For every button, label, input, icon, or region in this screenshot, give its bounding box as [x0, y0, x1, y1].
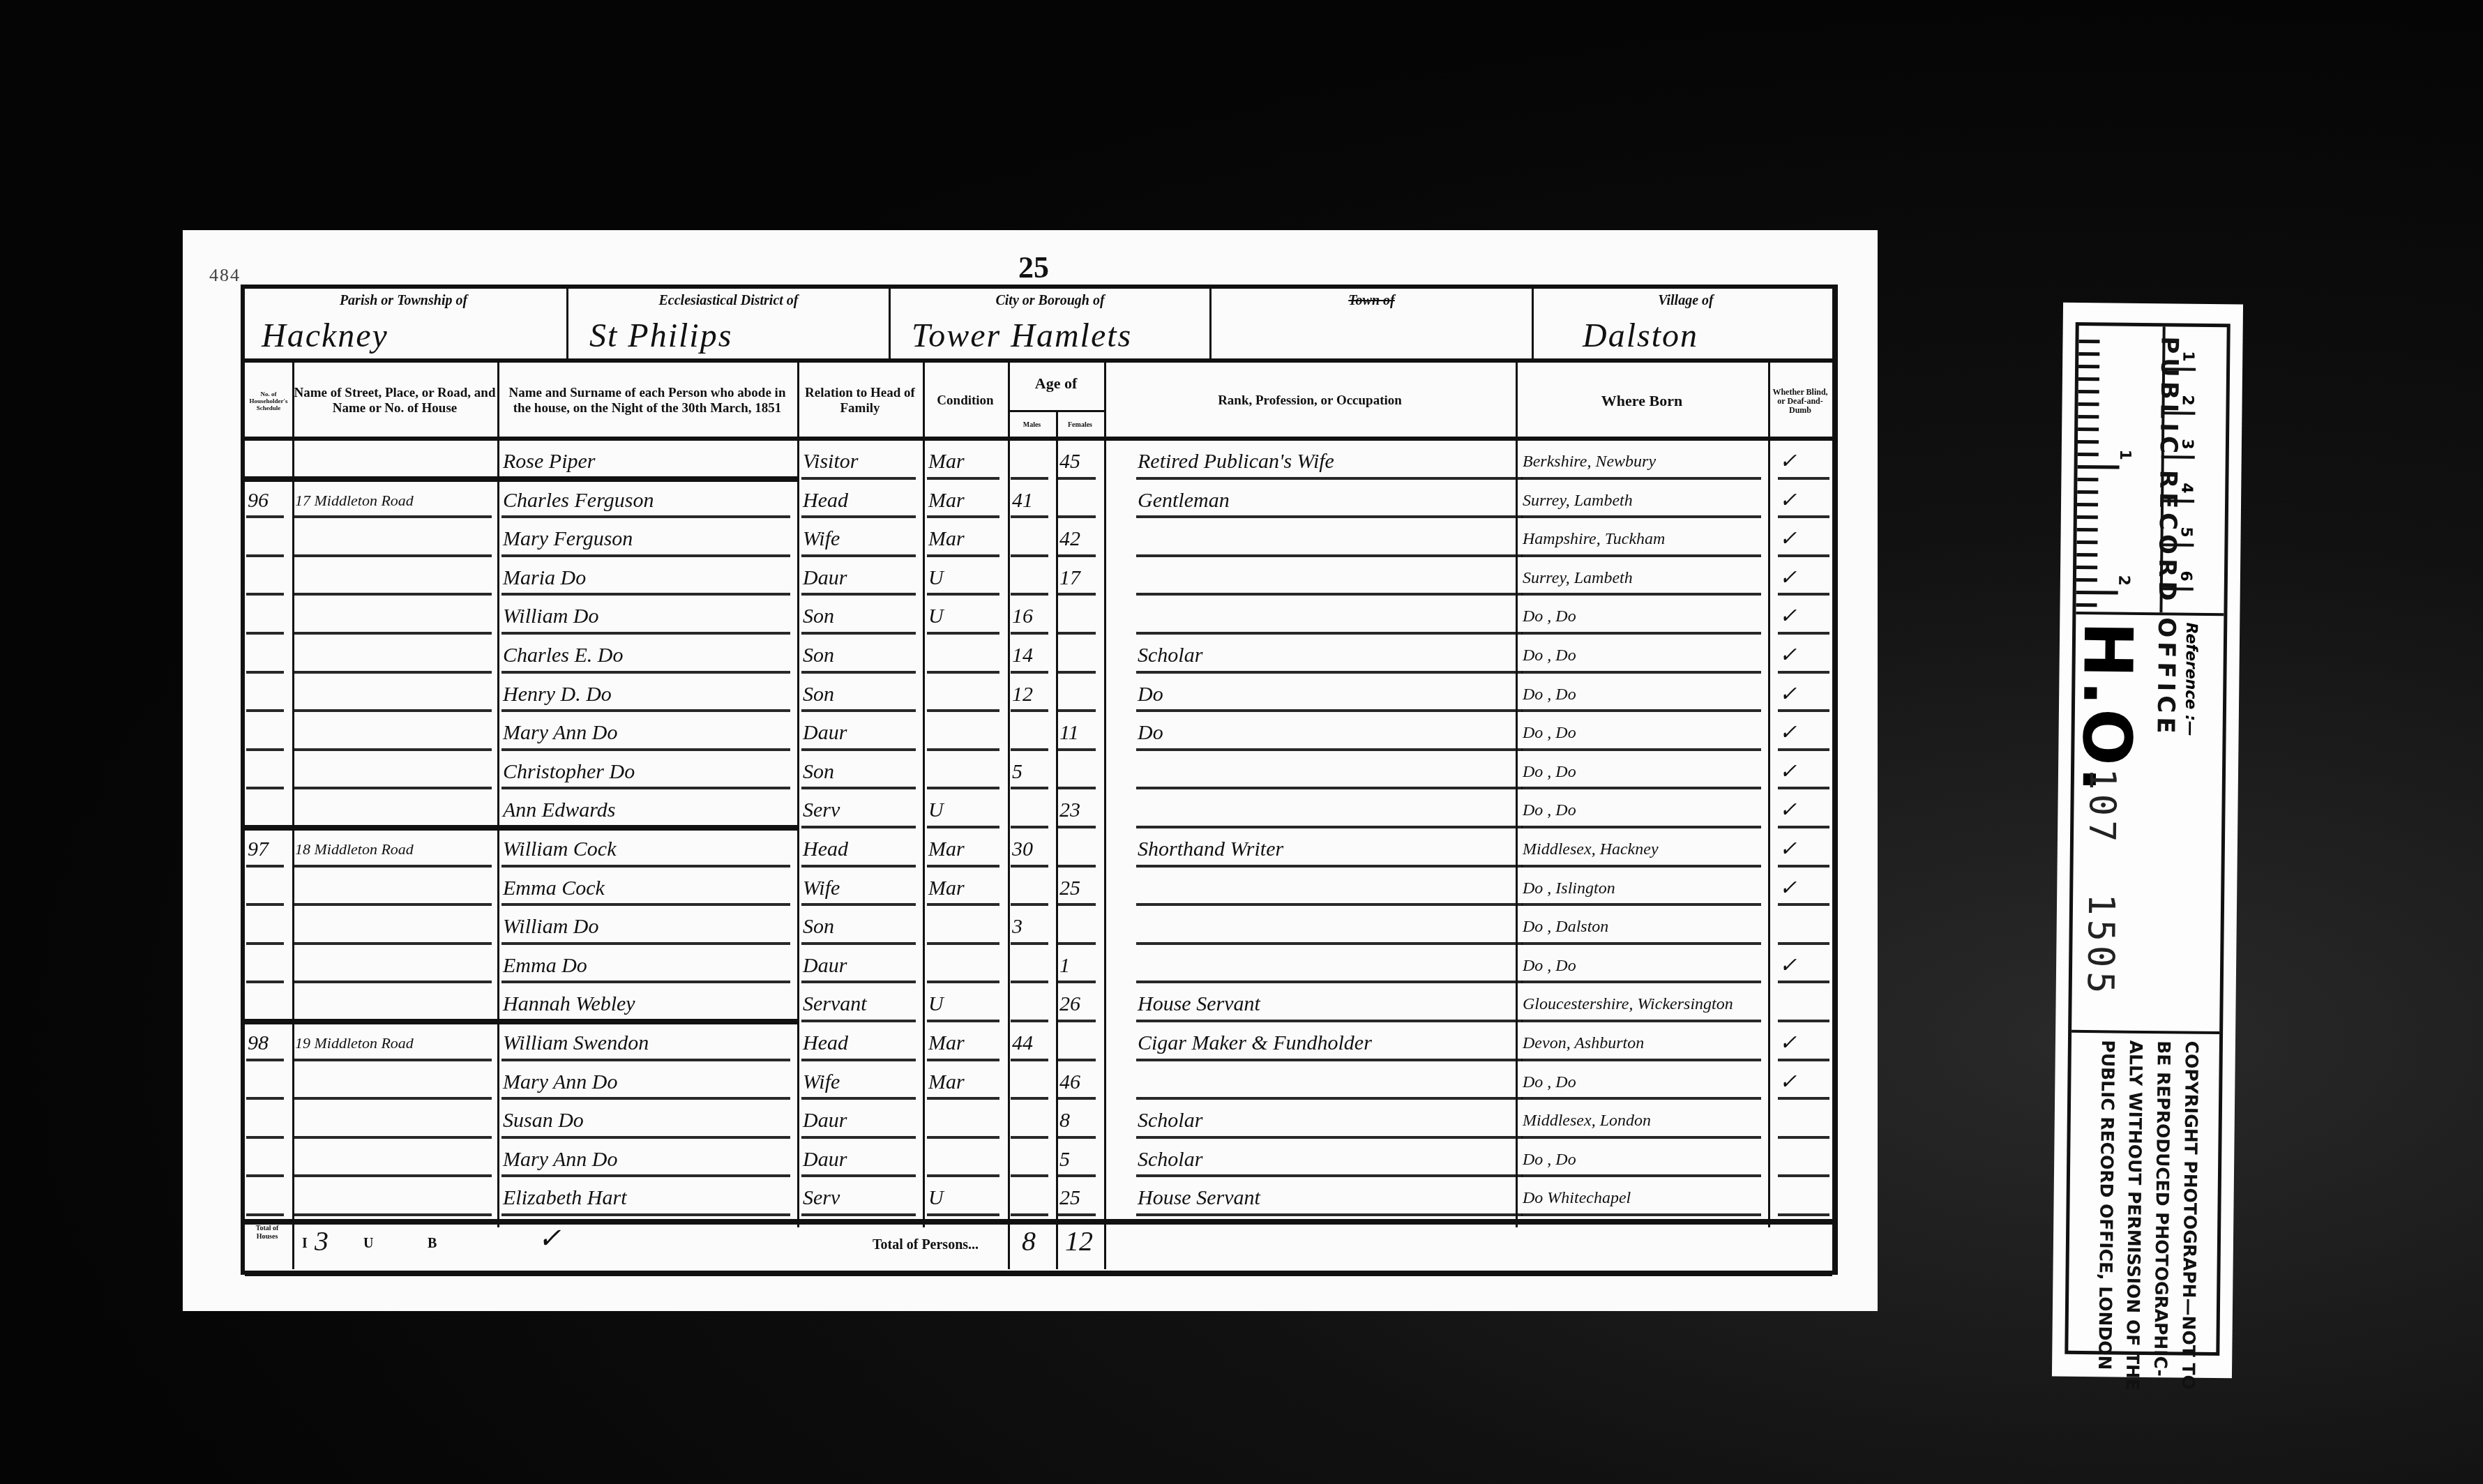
- place-header: Parish or Township of Hackney Ecclesiast…: [241, 289, 1838, 360]
- cell-female: 5: [1059, 1142, 1101, 1178]
- row-rule: [1058, 1213, 1096, 1216]
- cell-mark: ✓: [1779, 521, 1835, 557]
- cell-condition: [928, 1103, 1005, 1139]
- cell-condition: U: [928, 598, 1005, 635]
- total-houses-label: Total of Houses: [246, 1225, 288, 1241]
- cell-female: 42: [1059, 521, 1101, 557]
- cell-male: [1012, 560, 1054, 596]
- total-males: 8: [1022, 1225, 1036, 1257]
- parish-label: Parish or Township of: [241, 293, 566, 309]
- cell-occupation: Scholar: [1138, 637, 1528, 674]
- cell-occupation: Cigar Maker & Fundholder: [1138, 1025, 1528, 1061]
- cell-schedule: [248, 676, 289, 713]
- ruler-tick: [2078, 440, 2099, 444]
- ecclesiastical-label: Ecclesiastical District of: [568, 293, 889, 309]
- cell-occupation: [1138, 560, 1528, 596]
- cell-male: 44: [1012, 1025, 1054, 1061]
- cell-street: [295, 1064, 497, 1100]
- cell-street: [295, 986, 497, 1022]
- cell-female: [1059, 754, 1101, 790]
- cell-name: Charles Ferguson: [503, 483, 796, 519]
- village-label: Village of: [1534, 293, 1838, 309]
- stray-mark: 484: [209, 265, 241, 286]
- cell-relation: Wife: [803, 870, 921, 907]
- ecclesiastical-value: St Philips: [589, 317, 732, 355]
- uninhabited-prefix: U: [363, 1236, 373, 1252]
- cell-name: William Do: [503, 598, 796, 635]
- cell-male: [1012, 792, 1054, 828]
- cell-born: Do , Do: [1523, 1064, 1767, 1100]
- cell-occupation: Scholar: [1138, 1103, 1528, 1139]
- col-street: Name of Street, Place, or Road, and Name…: [292, 363, 497, 439]
- cell-name: William Swendon: [503, 1025, 796, 1061]
- cell-schedule: [248, 560, 289, 596]
- table-row: William DoSonU16Do , Do✓: [245, 596, 1832, 635]
- cell-schedule: 97: [248, 831, 289, 868]
- cell-schedule: [248, 521, 289, 557]
- table-row: William DoSon3Do , Dalston: [245, 906, 1832, 945]
- cell-born: Do , Do: [1523, 715, 1767, 751]
- cell-name: William Do: [503, 909, 796, 945]
- cell-male: [1012, 1180, 1054, 1216]
- cell-mark: ✓: [1779, 831, 1835, 868]
- cell-born: Surrey, Lambeth: [1523, 560, 1767, 596]
- cell-schedule: [248, 754, 289, 790]
- table-row: Rose PiperVisitorMar45Retired Publican's…: [245, 441, 1832, 480]
- cell-relation: Head: [803, 483, 921, 519]
- cell-occupation: Shorthand Writer: [1138, 831, 1528, 868]
- cell-mark: ✓: [1779, 560, 1835, 596]
- cell-born: Do Whitechapel: [1523, 1180, 1767, 1216]
- ruler-inch-label: 2: [2115, 575, 2132, 586]
- ecclesiastical-cell: Ecclesiastical District of St Philips: [568, 289, 891, 358]
- cell-born: Do , Dalston: [1523, 909, 1767, 945]
- cell-schedule: 96: [248, 483, 289, 519]
- cell-relation: Daur: [803, 1103, 921, 1139]
- borough-label: City or Borough of: [891, 293, 1209, 309]
- row-rule: [1521, 1213, 1761, 1216]
- col-age-males: Males: [1008, 411, 1056, 439]
- cell-mark: ✓: [1779, 792, 1835, 828]
- cell-female: [1059, 598, 1101, 635]
- cell-occupation: Do: [1138, 715, 1528, 751]
- row-rule: [1136, 1213, 1523, 1216]
- table-row: Mary Ann DoWifeMar46Do , Do✓: [245, 1061, 1832, 1100]
- cell-name: Susan Do: [503, 1103, 796, 1139]
- cell-name: Rose Piper: [503, 444, 796, 480]
- table-row: Charles E. DoSon14ScholarDo , Do✓: [245, 635, 1832, 674]
- village-value: Dalston: [1583, 317, 1698, 355]
- ruler-tick: [2077, 515, 2098, 519]
- town-label: Town of: [1212, 293, 1532, 309]
- cell-condition: [928, 676, 1005, 713]
- cell-name: Hannah Webley: [503, 986, 796, 1022]
- cell-female: 26: [1059, 986, 1101, 1022]
- ruler-tick: [2078, 340, 2099, 343]
- cell-relation: Serv: [803, 792, 921, 828]
- cell-name: Emma Do: [503, 948, 796, 984]
- copyright-line: BE REPRODUCED PHOTOGRAPHIC-: [2146, 1040, 2178, 1391]
- table-row: Emma DoDaur1Do , Do✓: [245, 945, 1832, 984]
- cell-name: Mary Ann Do: [503, 1064, 796, 1100]
- cell-name: Charles E. Do: [503, 637, 796, 674]
- cell-condition: Mar: [928, 1025, 1005, 1061]
- cell-street: [295, 715, 497, 751]
- cell-relation: Daur: [803, 1142, 921, 1178]
- cell-condition: U: [928, 792, 1005, 828]
- cell-relation: Daur: [803, 948, 921, 984]
- ruler-inch-label: 1: [2116, 449, 2134, 460]
- cell-street: [295, 754, 497, 790]
- cell-condition: [928, 948, 1005, 984]
- household-divider: [245, 825, 797, 831]
- cell-mark: ✓: [1779, 444, 1835, 480]
- ruler-tick: [2078, 453, 2099, 456]
- cell-occupation: [1138, 870, 1528, 907]
- household-divider: [245, 476, 797, 482]
- bottom-rule: [245, 1271, 1832, 1276]
- cell-schedule: [248, 986, 289, 1022]
- cell-schedule: [248, 444, 289, 480]
- cell-male: 16: [1012, 598, 1054, 635]
- cell-schedule: [248, 948, 289, 984]
- ruler-tick: [2076, 540, 2097, 544]
- cell-born: Do , Do: [1523, 598, 1767, 635]
- col-blind-deaf: Whether Blind, or Deaf-and-Dumb: [1768, 363, 1832, 439]
- cell-condition: [928, 715, 1005, 751]
- cell-occupation: Do: [1138, 676, 1528, 713]
- cell-relation: Son: [803, 754, 921, 790]
- copyright-line: ALLY WITHOUT PERMISSION OF THE: [2118, 1040, 2150, 1391]
- cell-born: Gloucestershire, Wickersington: [1523, 986, 1767, 1022]
- table-row: Elizabeth HartServU25House ServantDo Whi…: [245, 1177, 1832, 1216]
- cell-name: Emma Cock: [503, 870, 796, 907]
- table-row: Maria DoDaurU17Surrey, Lambeth✓: [245, 557, 1832, 596]
- table-row: Mary FergusonWifeMar42Hampshire, Tuckham…: [245, 518, 1832, 557]
- strip-frame: 12 123456 PUBLIC RECORD OFFICE Reference…: [2065, 322, 2230, 1356]
- ruler-tick: [2077, 528, 2098, 531]
- table-row: 9617 Middleton RoadCharles FergusonHeadM…: [245, 480, 1832, 519]
- cell-occupation: [1138, 909, 1528, 945]
- cell-male: 41: [1012, 483, 1054, 519]
- cell-street: [295, 676, 497, 713]
- cell-male: 14: [1012, 637, 1054, 674]
- cell-mark: ✓: [1779, 483, 1835, 519]
- cell-born: Do , Do: [1523, 637, 1767, 674]
- cell-born: Middlesex, Hackney: [1523, 831, 1767, 868]
- cell-male: [1012, 715, 1054, 751]
- cell-street: 17 Middleton Road: [295, 483, 497, 519]
- cell-female: [1059, 483, 1101, 519]
- reference-box: Reference :— H.O. 107 1505: [2071, 612, 2224, 1031]
- cell-mark: [1779, 1103, 1835, 1139]
- col-where-born: Where Born: [1516, 363, 1768, 439]
- cell-born: Do , Do: [1523, 792, 1767, 828]
- cell-condition: U: [928, 560, 1005, 596]
- cell-occupation: House Servant: [1138, 986, 1528, 1022]
- cell-condition: [928, 754, 1005, 790]
- cell-condition: Mar: [928, 444, 1005, 480]
- cell-schedule: [248, 715, 289, 751]
- cell-condition: U: [928, 1180, 1005, 1216]
- row-rule: [927, 1213, 999, 1216]
- cell-street: [295, 598, 497, 635]
- cell-name: Ann Edwards: [503, 792, 796, 828]
- cell-mark: ✓: [1779, 948, 1835, 984]
- cell-male: [1012, 1142, 1054, 1178]
- total-persons-label: Total of Persons...: [873, 1237, 979, 1253]
- cell-mark: ✓: [1779, 715, 1835, 751]
- table-row: 9819 Middleton RoadWilliam SwendonHeadMa…: [245, 1022, 1832, 1061]
- cell-street: 19 Middleton Road: [295, 1025, 497, 1061]
- cell-female: 25: [1059, 870, 1101, 907]
- cell-male: [1012, 870, 1054, 907]
- ruler-tick: [2078, 465, 2120, 469]
- ruler-tick: [2076, 603, 2097, 607]
- cell-schedule: [248, 1142, 289, 1178]
- cell-schedule: [248, 1103, 289, 1139]
- cell-occupation: [1138, 948, 1528, 984]
- cell-female: [1059, 909, 1101, 945]
- cell-street: 18 Middleton Road: [295, 831, 497, 868]
- col-condition: Condition: [923, 363, 1008, 439]
- cell-occupation: [1138, 792, 1528, 828]
- total-females: 12: [1065, 1225, 1093, 1257]
- row-rule: [294, 1213, 492, 1216]
- borough-value: Tower Hamlets: [912, 317, 1132, 355]
- cell-relation: Son: [803, 637, 921, 674]
- cell-relation: Daur: [803, 560, 921, 596]
- cell-female: 8: [1059, 1103, 1101, 1139]
- row-rule: [1778, 1213, 1829, 1216]
- cell-street: [295, 792, 497, 828]
- col-schedule: No. of Householder's Schedule: [245, 363, 292, 439]
- cell-condition: U: [928, 986, 1005, 1022]
- cell-name: Elizabeth Hart: [503, 1180, 796, 1216]
- cell-male: [1012, 986, 1054, 1022]
- cell-name: Mary Ann Do: [503, 1142, 796, 1178]
- cell-female: 25: [1059, 1180, 1101, 1216]
- cell-street: [295, 521, 497, 557]
- ruler-tick: [2078, 427, 2099, 431]
- cell-female: 1: [1059, 948, 1101, 984]
- cell-relation: Head: [803, 1025, 921, 1061]
- strip-title: PUBLIC RECORD OFFICE: [2138, 336, 2183, 616]
- cell-street: [295, 948, 497, 984]
- cell-mark: [1779, 986, 1835, 1022]
- cell-female: 23: [1059, 792, 1101, 828]
- cell-male: 30: [1012, 831, 1054, 868]
- cell-name: Maria Do: [503, 560, 796, 596]
- cell-condition: Mar: [928, 521, 1005, 557]
- table-row: Mary Ann DoDaur11DoDo , Do✓: [245, 712, 1832, 751]
- cell-born: Hampshire, Tuckham: [1523, 521, 1767, 557]
- cell-mark: ✓: [1779, 1064, 1835, 1100]
- cell-occupation: Scholar: [1138, 1142, 1528, 1178]
- copyright-line: PUBLIC RECORD OFFICE, LONDON: [2090, 1040, 2122, 1391]
- cell-schedule: [248, 792, 289, 828]
- ruler-tick: [2076, 591, 2118, 595]
- cell-relation: Wife: [803, 521, 921, 557]
- inhabited-prefix: I: [302, 1236, 308, 1252]
- cell-female: [1059, 1025, 1101, 1061]
- col-name: Name and Surname of each Person who abod…: [497, 363, 797, 439]
- cell-mark: [1779, 1142, 1835, 1178]
- cell-mark: ✓: [1779, 1025, 1835, 1061]
- row-rule: [1011, 1213, 1048, 1216]
- table-row: Susan DoDaur8ScholarMiddlesex, London: [245, 1100, 1832, 1139]
- cell-schedule: [248, 1180, 289, 1216]
- table-row: Henry D. DoSon12DoDo , Do✓: [245, 674, 1832, 713]
- cell-relation: Son: [803, 909, 921, 945]
- reference-label: Reference :—: [2182, 623, 2201, 736]
- row-rule: [801, 1213, 916, 1216]
- cell-relation: Head: [803, 831, 921, 868]
- cell-condition: Mar: [928, 870, 1005, 907]
- col-occupation: Rank, Profession, or Occupation: [1104, 363, 1516, 439]
- cell-mark: ✓: [1779, 637, 1835, 674]
- ruler-tick: [2076, 578, 2097, 582]
- table-row: 9718 Middleton RoadWilliam CockHeadMar30…: [245, 828, 1832, 868]
- village-cell: Village of Dalston: [1534, 289, 1838, 358]
- cell-condition: Mar: [928, 831, 1005, 868]
- town-cell: Town of: [1212, 289, 1534, 358]
- cell-street: [295, 1142, 497, 1178]
- table-row: Emma CockWifeMar25Do , Islington✓: [245, 868, 1832, 907]
- cell-mark: [1779, 909, 1835, 945]
- row-rule: [246, 1213, 284, 1216]
- cell-male: 5: [1012, 754, 1054, 790]
- cell-relation: Wife: [803, 1064, 921, 1100]
- cell-male: [1012, 521, 1054, 557]
- ruler-tick: [2078, 377, 2099, 381]
- cell-occupation: [1138, 598, 1528, 635]
- ruler-tick: [2076, 553, 2097, 556]
- cell-born: Devon, Ashburton: [1523, 1025, 1767, 1061]
- cell-mark: ✓: [1779, 870, 1835, 907]
- cell-schedule: [248, 870, 289, 907]
- cell-name: Mary Ann Do: [503, 715, 796, 751]
- cell-name: William Cock: [503, 831, 796, 868]
- parish-cell: Parish or Township of Hackney: [241, 289, 568, 358]
- cell-occupation: [1138, 754, 1528, 790]
- cell-born: Do , Do: [1523, 676, 1767, 713]
- cell-female: 17: [1059, 560, 1101, 596]
- ruler-tick: [2078, 402, 2099, 406]
- ruler-tick: [2078, 415, 2099, 418]
- cell-female: 11: [1059, 715, 1101, 751]
- col-age: Age of: [1008, 363, 1104, 404]
- cell-mark: ✓: [1779, 598, 1835, 635]
- cell-born: Do , Do: [1523, 1142, 1767, 1178]
- table-row: Ann EdwardsServU23Do , Do✓: [245, 789, 1832, 828]
- parish-value: Hackney: [262, 317, 388, 355]
- cell-condition: [928, 1142, 1005, 1178]
- cell-street: [295, 909, 497, 945]
- cell-female: 45: [1059, 444, 1101, 480]
- cell-relation: Son: [803, 676, 921, 713]
- cell-occupation: [1138, 1064, 1528, 1100]
- cell-occupation: House Servant: [1138, 1180, 1528, 1216]
- cell-born: Do , Do: [1523, 948, 1767, 984]
- cell-mark: ✓: [1779, 676, 1835, 713]
- cell-street: [295, 637, 497, 674]
- cell-relation: Visitor: [803, 444, 921, 480]
- page-number: 25: [1018, 250, 1049, 285]
- cell-born: Berkshire, Newbury: [1523, 444, 1767, 480]
- table-row: Christopher DoSon5Do , Do✓: [245, 751, 1832, 790]
- ruler-tick: [2078, 390, 2099, 393]
- ruler-tick: [2077, 490, 2098, 494]
- cell-occupation: Gentleman: [1138, 483, 1528, 519]
- table-row: Mary Ann DoDaur5ScholarDo , Do: [245, 1139, 1832, 1178]
- cell-schedule: 98: [248, 1025, 289, 1061]
- ruler-tick: [2076, 566, 2097, 569]
- cell-male: [1012, 1064, 1054, 1100]
- cell-street: [295, 560, 497, 596]
- cell-female: [1059, 637, 1101, 674]
- copyright-text: COPYRIGHT PHOTOGRAPH—NOT TOBE REPRODUCED…: [2090, 1040, 2205, 1391]
- cell-born: Do , Do: [1523, 754, 1767, 790]
- ruler-tick: [2078, 365, 2099, 368]
- totals-row: Total of Houses I 3 U B ✓ Total of Perso…: [245, 1222, 1832, 1271]
- cell-name: Henry D. Do: [503, 676, 796, 713]
- cell-male: 3: [1012, 909, 1054, 945]
- inhabited-count: 3: [315, 1225, 329, 1257]
- cell-mark: [1779, 1180, 1835, 1216]
- cell-relation: Daur: [803, 715, 921, 751]
- cell-condition: [928, 637, 1005, 674]
- cell-born: Surrey, Lambeth: [1523, 483, 1767, 519]
- cell-male: [1012, 948, 1054, 984]
- reference-piece: 107: [2081, 768, 2123, 847]
- cell-schedule: [248, 909, 289, 945]
- ruler-tick: [2077, 478, 2098, 481]
- cell-condition: Mar: [928, 1064, 1005, 1100]
- cell-male: 12: [1012, 676, 1054, 713]
- cell-mark: ✓: [1779, 754, 1835, 790]
- cell-schedule: [248, 1064, 289, 1100]
- row-rule: [501, 1213, 790, 1216]
- tally-check-icon: ✓: [538, 1222, 561, 1255]
- cell-female: [1059, 831, 1101, 868]
- col-age-females: Females: [1056, 411, 1104, 439]
- ruler-tick: [2078, 352, 2099, 356]
- cell-street: [295, 444, 497, 480]
- cell-name: Mary Ferguson: [503, 521, 796, 557]
- cell-name: Christopher Do: [503, 754, 796, 790]
- col-relation: Relation to Head of Family: [797, 363, 923, 439]
- cell-street: [295, 1180, 497, 1216]
- cell-relation: Son: [803, 598, 921, 635]
- building-prefix: B: [428, 1236, 437, 1252]
- cell-relation: Serv: [803, 1180, 921, 1216]
- household-divider: [245, 1019, 797, 1024]
- cell-born: Do , Islington: [1523, 870, 1767, 907]
- cell-born: Middlesex, London: [1523, 1103, 1767, 1139]
- ruler-tick: [2077, 503, 2098, 506]
- table-row: Hannah WebleyServantU26House ServantGlou…: [245, 983, 1832, 1022]
- record-office-strip: 12 123456 PUBLIC RECORD OFFICE Reference…: [2052, 303, 2243, 1379]
- cell-occupation: [1138, 521, 1528, 557]
- cell-male: [1012, 1103, 1054, 1139]
- cell-male: [1012, 444, 1054, 480]
- cell-female: 46: [1059, 1064, 1101, 1100]
- copyright-line: COPYRIGHT PHOTOGRAPH—NOT TO: [2174, 1040, 2205, 1391]
- cell-condition: [928, 909, 1005, 945]
- cell-female: [1059, 676, 1101, 713]
- borough-cell: City or Borough of Tower Hamlets: [891, 289, 1212, 358]
